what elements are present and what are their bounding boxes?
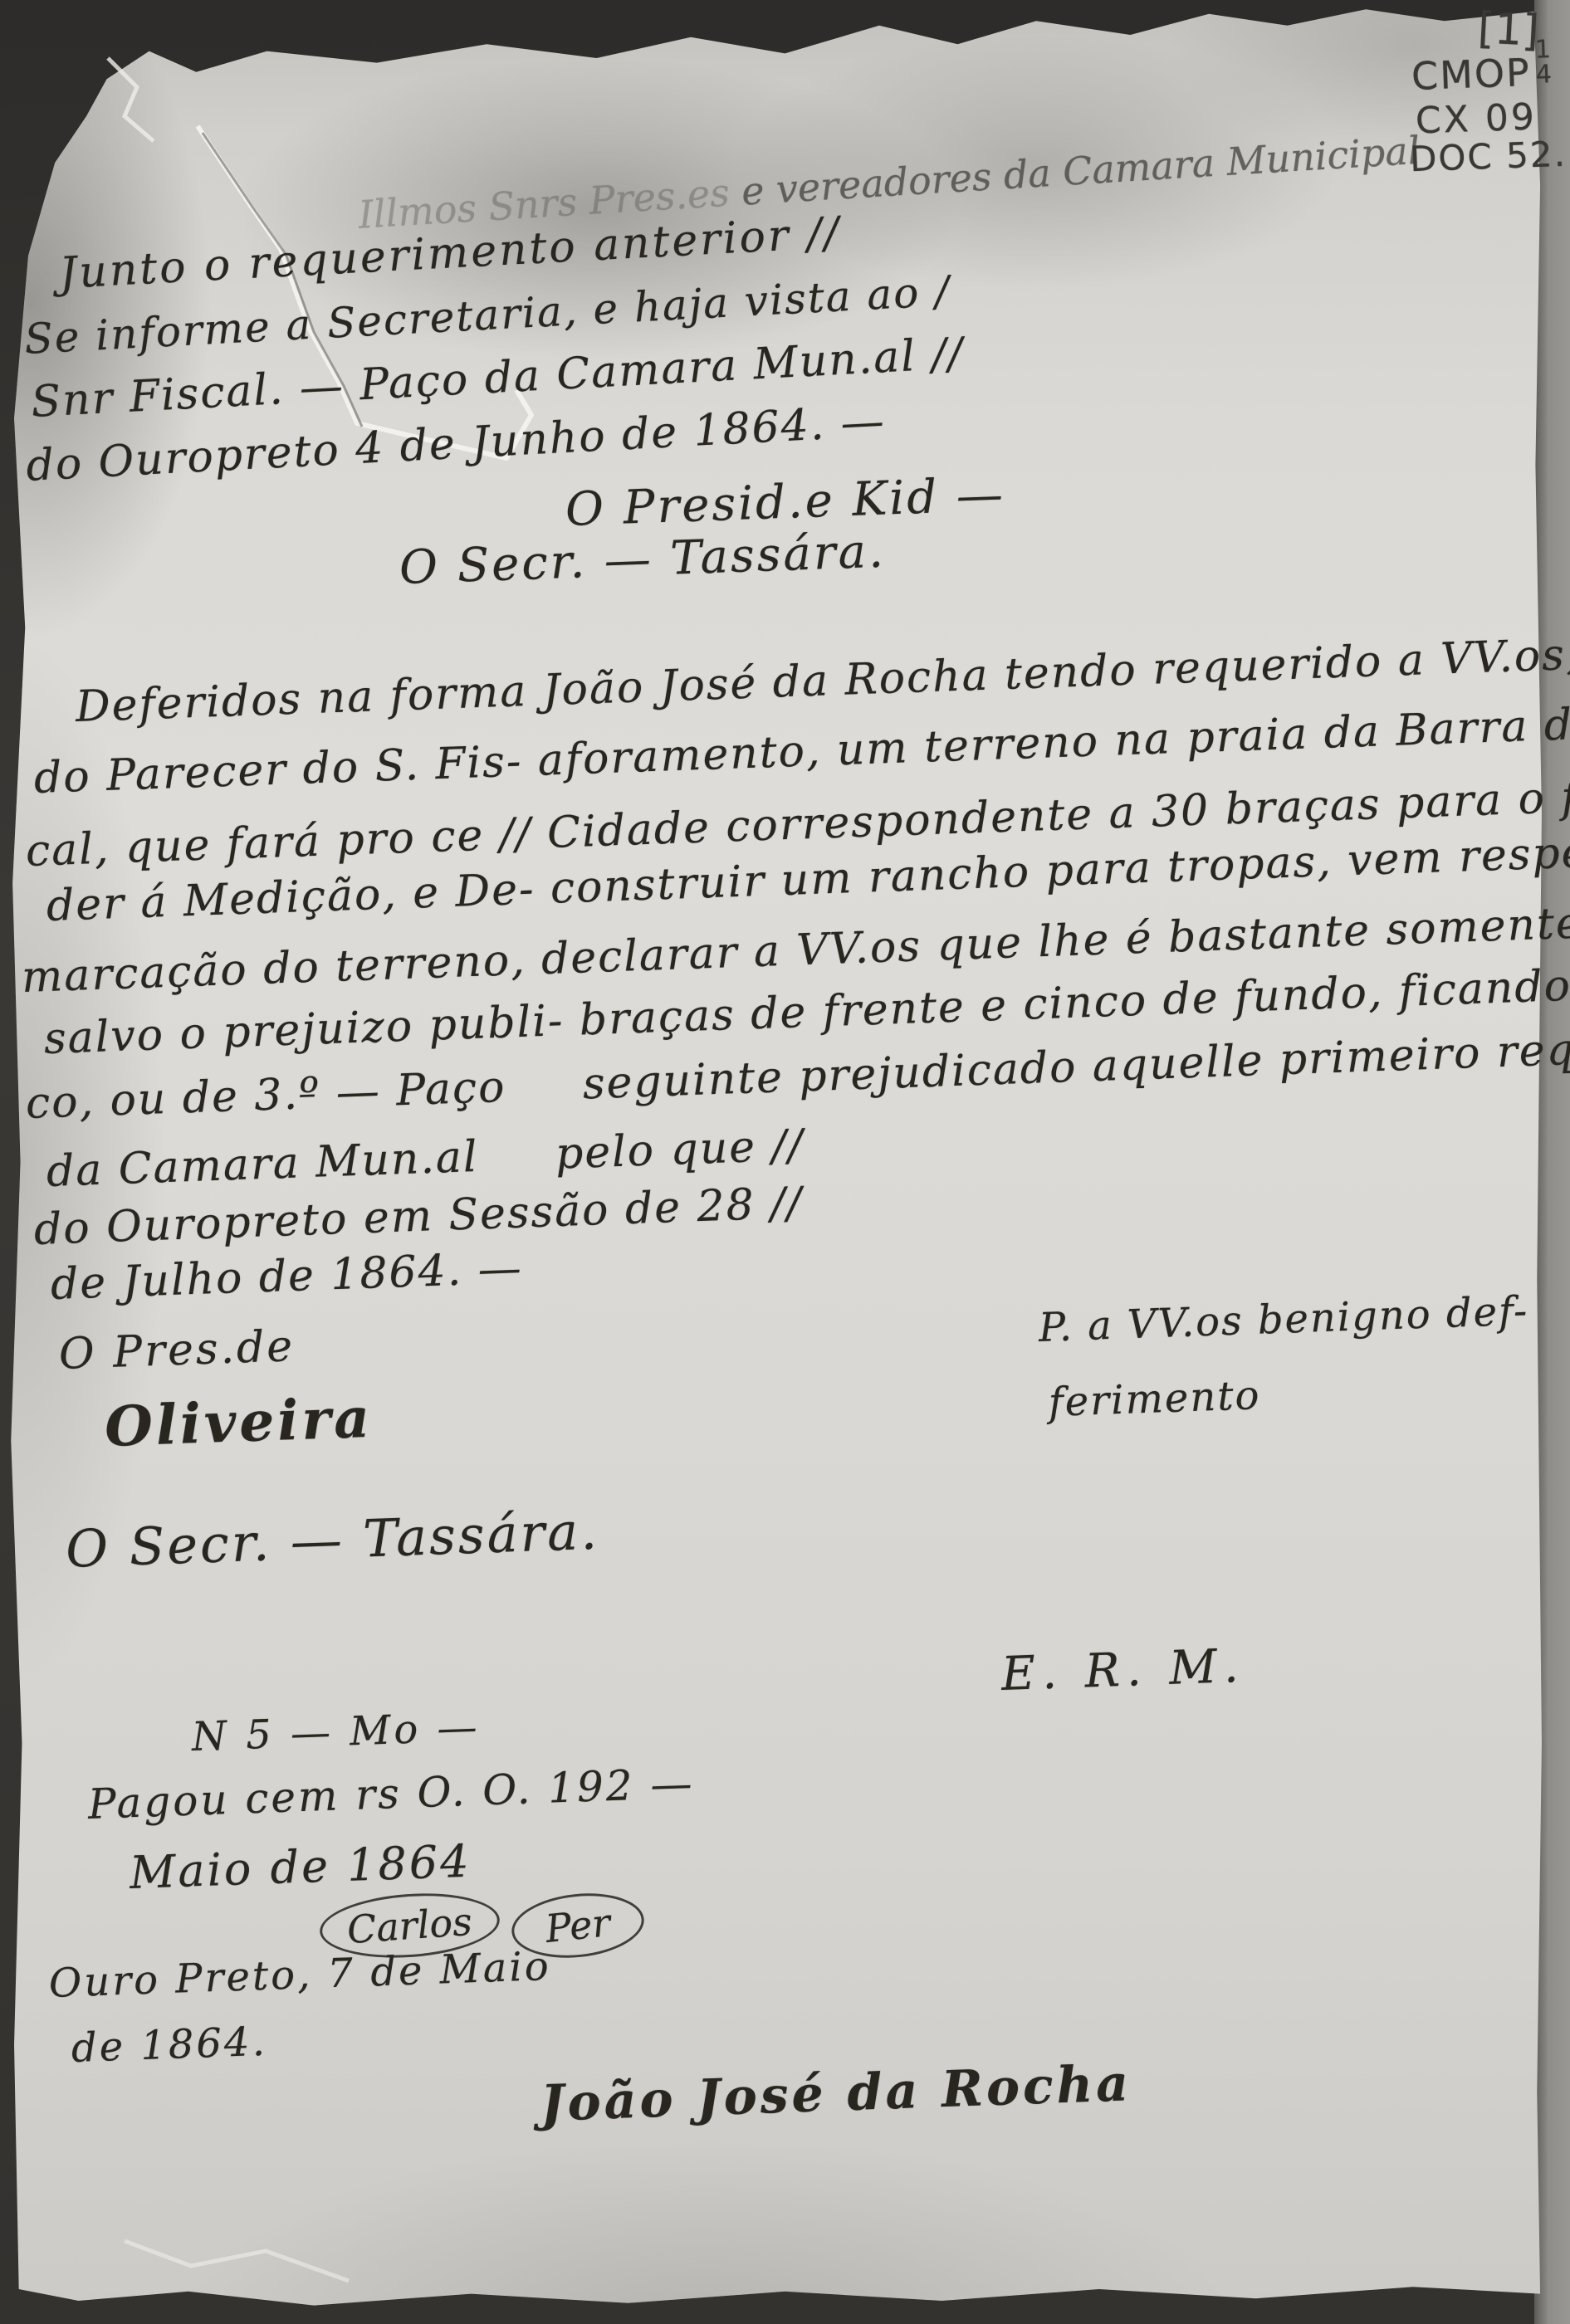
- archival-collection-code: CMOP14: [1411, 49, 1554, 99]
- president-name-signature: Oliveira: [104, 1385, 374, 1459]
- plea-line: ferimento: [1048, 1372, 1261, 1426]
- archival-fraction-bottom: 4: [1535, 62, 1553, 88]
- archival-doc-number: DOC 52.: [1409, 134, 1567, 180]
- archival-fraction: 14: [1534, 37, 1553, 88]
- scan-edge-strip: [1534, 0, 1570, 2324]
- archival-page-number: [1]: [1476, 3, 1540, 56]
- president-title: O Pres.de: [58, 1321, 296, 1379]
- year-line: de 1864.: [71, 2019, 268, 2072]
- archival-collection-label: CMOP: [1411, 50, 1532, 99]
- document-scan: { "archival": { "page_mark": "[1]", "col…: [0, 0, 1570, 2324]
- courtesy-formula: E. R. M.: [1000, 1639, 1245, 1701]
